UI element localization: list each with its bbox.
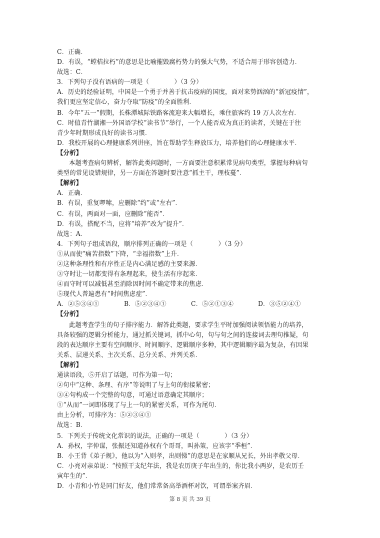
section-heading-analysis: 【分析】 (57, 310, 327, 320)
text-line: 此题考查学生的句子排序能力．解答此类题，要求学生平时加强阅读领悟能力的培养， (57, 321, 327, 331)
text-line: 故选：B． (57, 421, 327, 431)
text-line: D．有误，搭配不当，应将“培养”改为“提升”． (57, 220, 327, 230)
text-line: A．历史的经验证明，中国是一个勇于并善于抗击疫病的国度，面对来势汹汹的“新冠疫情… (57, 88, 327, 98)
question-3-stem: 3．下列句子没有语病的一项是（ ）（3 分） (57, 78, 327, 88)
text-line: B．有误，重复啰嗦，应删除“约”或“左右”． (57, 199, 327, 209)
question-5-stem: 5．下列关于传统文化常识的说法，正确的一项是（ ）（3 分） (57, 432, 327, 442)
option-d: D．③⑤②④① (258, 300, 325, 310)
text-line: ①“从而”一词即体现了与上一句的紧密关系，可作为尾句． (57, 401, 327, 411)
section-heading-solution: 【解析】 (57, 179, 327, 189)
text-line: 通读语段，⑤开启了话题，可作为第一句； (57, 371, 327, 381)
text-line: D．我校开展的心理健康系列讲座，旨在帮助学生释放压力，培养他们的心理健康水平． (57, 139, 327, 149)
text-line: 故选：A． (57, 230, 327, 240)
text-line: ⑤现代人普遍患有“时间焦虑症”． (57, 290, 327, 300)
text-line: 寅年生的”． (57, 472, 327, 482)
text-line: ②句中“这种、条理、有序”等说明了与上句的衔接紧密； (57, 381, 327, 391)
text-line: 具备较强的逻辑分析能力，通过抓关键词，抓中心句，句与句之间的连接词去理句推疑，句 (57, 331, 327, 341)
text-line: ②这种条理性和有序性正是内心满足感的主要来源． (57, 260, 327, 270)
text-line: A．正确． (57, 189, 327, 199)
text-line: 故选：C． (57, 68, 327, 78)
text-line: 关系、层递关系、主次关系、总分关系、并列关系． (57, 351, 327, 361)
text-line: 我们更应坚定信心，奋力夺取“防疫”的全面胜利． (57, 98, 327, 108)
text-line: C．时值青竹湖湘一外国语学校“读书节”举行，一个人能否成为真正的读者，关键在于往 (57, 119, 327, 129)
option-b: B．⑤②③④① (124, 300, 191, 310)
text-line: 青少年时期形成良好的读书习惯． (57, 129, 327, 139)
text-line: 类型的常见设错规律，另一方面在答题时要注意“抓主干，理枝蔓”． (57, 169, 327, 179)
text-line: ③④句构成一个完整的句意，可通过语意确定其顺序； (57, 391, 327, 401)
text-line: B．今年“五一”假期，长株潭城际铁路客流迎来大幅增长，乘住旅客约 19 万人次左… (57, 109, 327, 119)
text-line: 本题考查病句辨析，解答此类问题时，一方面要注意积累常见病句类型，掌握每种病句 (57, 159, 327, 169)
text-line: D．小青和小竹是同门好友，他们常常备高举酒杯对饮，可谓举案齐眉． (57, 482, 327, 492)
text-line: ①从而使“痛苦指数”下降，“幸福指数”上升． (57, 250, 327, 260)
section-heading-solution: 【解析】 (57, 361, 327, 371)
question-4-options: A．②⑤③④① B．⑤②③④① C．⑤②①③④ D．③⑤②④① (57, 300, 327, 310)
section-heading-analysis: 【分析】 (57, 149, 327, 159)
text-line: 段的表达顺序主要有空间顺序、时间顺序、逻辑顺序多种，其中逻辑顺序最为复杂，有因果 (57, 341, 327, 351)
option-a: A．②⑤③④① (57, 300, 124, 310)
text-line: C．有误，两面对一面，应删除“能否”． (57, 210, 327, 220)
text-line: B．小王背《弟子规》，他以为“入则孝，出则悌”的意思是在家顺从兄长，外出孝敬父母… (57, 452, 327, 462)
text-line: C．正确． (57, 48, 327, 58)
text-line: ③守时让一切都变得有条理起来，使生活有序起来． (57, 270, 327, 280)
text-line: 由上分析，可排序为：⑤②③④① (57, 411, 327, 421)
page-footer: 第 8 页 共 39 页 (0, 495, 380, 503)
text-line: D．有误，“螳桔拉朽”的意思是比喻摧毁腐朽势力的强大气势，不适合用于形容创造力． (57, 58, 327, 68)
option-c: C．⑤②①③④ (191, 300, 258, 310)
text-line: C．小亮对亲弟说：“按照干支纪年法，我是农历庚子年出生的，你比我小两岁，是农历壬 (57, 462, 327, 472)
text-line: ④而守时可以减低甚至消除因时间不确定带来的焦虑． (57, 280, 327, 290)
document-page: C．正确． D．有误，“螳桔拉朽”的意思是比喻摧毁腐朽势力的强大气势，不适合用于… (57, 48, 327, 492)
question-4-stem: 4．下列句子组成语段，顺序排列正确的一项是（ ）（3 分） (57, 240, 327, 250)
text-line: A．孙权，字仲谋，张振还知道孙权有个哥哥，叫孙策，应该字“季桓”． (57, 442, 327, 452)
